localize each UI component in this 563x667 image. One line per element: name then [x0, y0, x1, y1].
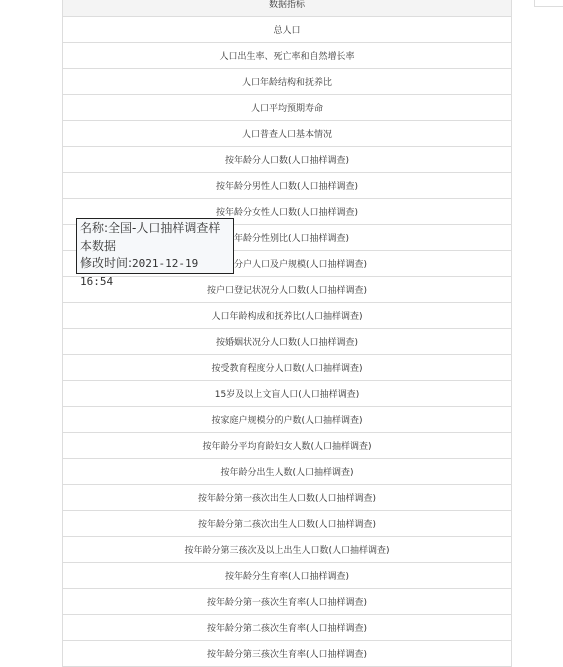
- tooltip-name-value: 全国-人口抽样调查样: [108, 221, 220, 235]
- indicator-table-container: 数据指标 总人口人口出生率、死亡率和自然增长率人口年龄结构和抚养比人口平均预期寿…: [62, 0, 512, 667]
- dataset-tooltip: 名称:全国-人口抽样调查样 本数据 修改时间:2021-12-19 16:54: [76, 218, 234, 274]
- table-row[interactable]: 按年龄分出生人数(人口抽样调查): [63, 459, 512, 485]
- table-row[interactable]: 人口年龄构成和抚养比(人口抽样调查): [63, 303, 512, 329]
- indicator-cell[interactable]: 人口年龄结构和抚养比: [63, 69, 512, 95]
- table-row[interactable]: 按年龄分第一孩次出生人口数(人口抽样调查): [63, 485, 512, 511]
- table-header-row: 数据指标: [63, 0, 512, 17]
- indicator-cell[interactable]: 按年龄分第三孩次及以上出生人口数(人口抽样调查): [63, 537, 512, 563]
- indicator-cell[interactable]: 按年龄分平均育龄妇女人数(人口抽样调查): [63, 433, 512, 459]
- indicator-cell[interactable]: 按年龄分男性人口数(人口抽样调查): [63, 173, 512, 199]
- corner-panel-edge: [534, 0, 563, 7]
- indicator-cell[interactable]: 人口普查人口基本情况: [63, 121, 512, 147]
- tooltip-name-line2: 本数据: [80, 238, 230, 256]
- indicator-cell[interactable]: 人口出生率、死亡率和自然增长率: [63, 43, 512, 69]
- table-row[interactable]: 按年龄分人口数(人口抽样调查): [63, 147, 512, 173]
- table-row[interactable]: 人口年龄结构和抚养比: [63, 69, 512, 95]
- indicator-cell[interactable]: 按年龄分人口数(人口抽样调查): [63, 147, 512, 173]
- indicator-cell[interactable]: 人口平均预期寿命: [63, 95, 512, 121]
- table-row[interactable]: 按年龄分生育率(人口抽样调查): [63, 563, 512, 589]
- table-row[interactable]: 按年龄分第三孩次及以上出生人口数(人口抽样调查): [63, 537, 512, 563]
- table-row[interactable]: 按家庭户规模分的户数(人口抽样调查): [63, 407, 512, 433]
- indicator-table: 数据指标 总人口人口出生率、死亡率和自然增长率人口年龄结构和抚养比人口平均预期寿…: [62, 0, 512, 667]
- indicator-cell[interactable]: 按婚姻状况分人口数(人口抽样调查): [63, 329, 512, 355]
- table-row[interactable]: 按年龄分第二孩次出生人口数(人口抽样调查): [63, 511, 512, 537]
- indicator-cell[interactable]: 人口年龄构成和抚养比(人口抽样调查): [63, 303, 512, 329]
- indicator-cell[interactable]: 按年龄分第二孩次出生人口数(人口抽样调查): [63, 511, 512, 537]
- table-row[interactable]: 人口平均预期寿命: [63, 95, 512, 121]
- indicator-cell[interactable]: 按家庭户规模分的户数(人口抽样调查): [63, 407, 512, 433]
- tooltip-name-label: 名称:: [80, 221, 108, 235]
- column-header-indicator: 数据指标: [63, 0, 512, 17]
- indicator-cell[interactable]: 15岁及以上文盲人口(人口抽样调查): [63, 381, 512, 407]
- table-row[interactable]: 按受教育程度分人口数(人口抽样调查): [63, 355, 512, 381]
- indicator-cell[interactable]: 按年龄分第三孩次生育率(人口抽样调查): [63, 641, 512, 667]
- indicator-cell[interactable]: 按年龄分第二孩次生育率(人口抽样调查): [63, 615, 512, 641]
- tooltip-modified-label: 修改时间:: [80, 256, 132, 270]
- table-row[interactable]: 按年龄分平均育龄妇女人数(人口抽样调查): [63, 433, 512, 459]
- table-body: 总人口人口出生率、死亡率和自然增长率人口年龄结构和抚养比人口平均预期寿命人口普查…: [63, 17, 512, 667]
- table-row[interactable]: 人口普查人口基本情况: [63, 121, 512, 147]
- table-row[interactable]: 人口出生率、死亡率和自然增长率: [63, 43, 512, 69]
- indicator-cell[interactable]: 总人口: [63, 17, 512, 43]
- tooltip-modified-line: 修改时间:2021-12-19 16:54: [80, 255, 230, 290]
- table-row[interactable]: 总人口: [63, 17, 512, 43]
- table-row[interactable]: 按年龄分第三孩次生育率(人口抽样调查): [63, 641, 512, 667]
- indicator-cell[interactable]: 按年龄分第一孩次生育率(人口抽样调查): [63, 589, 512, 615]
- indicator-cell[interactable]: 按年龄分生育率(人口抽样调查): [63, 563, 512, 589]
- table-row[interactable]: 按年龄分男性人口数(人口抽样调查): [63, 173, 512, 199]
- table-row[interactable]: 15岁及以上文盲人口(人口抽样调查): [63, 381, 512, 407]
- table-row[interactable]: 按年龄分第二孩次生育率(人口抽样调查): [63, 615, 512, 641]
- indicator-cell[interactable]: 按年龄分出生人数(人口抽样调查): [63, 459, 512, 485]
- table-row[interactable]: 按婚姻状况分人口数(人口抽样调查): [63, 329, 512, 355]
- indicator-cell[interactable]: 按受教育程度分人口数(人口抽样调查): [63, 355, 512, 381]
- indicator-cell[interactable]: 按年龄分第一孩次出生人口数(人口抽样调查): [63, 485, 512, 511]
- tooltip-name-line1: 名称:全国-人口抽样调查样: [80, 220, 230, 238]
- table-row[interactable]: 按年龄分第一孩次生育率(人口抽样调查): [63, 589, 512, 615]
